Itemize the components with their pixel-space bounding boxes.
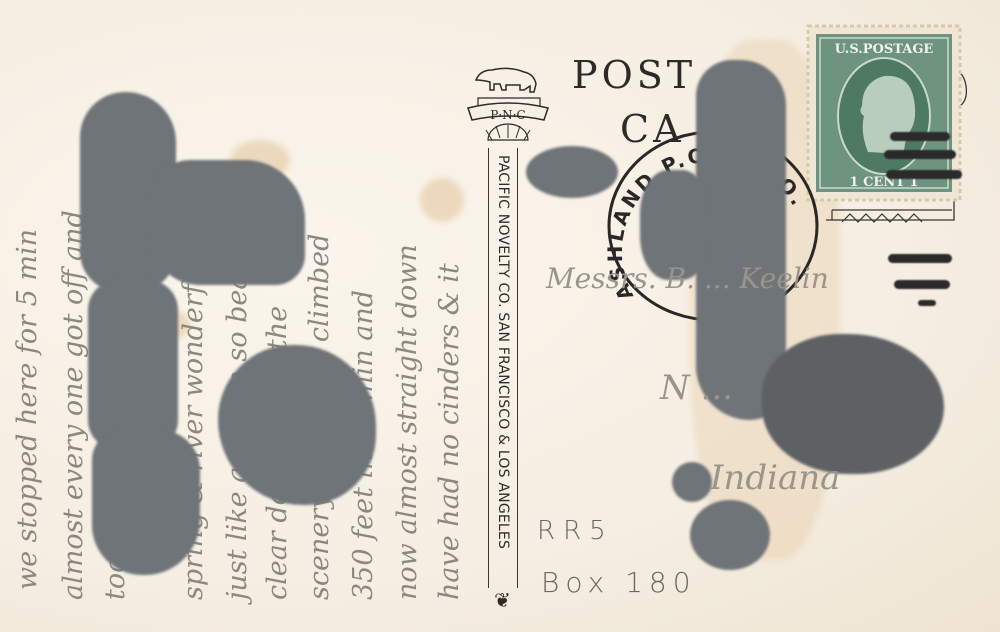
fleuron-icon: ❦ [494, 588, 511, 612]
box-note: Box 180 [541, 566, 697, 599]
stain [420, 178, 464, 222]
ink-blot [762, 334, 944, 474]
message-line: have had no cinders & it [434, 263, 465, 600]
address-line: Messrs. B. ... Keelin [546, 262, 829, 295]
heading-post: POST [572, 53, 696, 97]
address-line: N ... [660, 368, 733, 408]
ink-blot [672, 462, 712, 502]
message-line: now almost straight down [392, 244, 423, 600]
ink-blot [92, 430, 200, 575]
ink-blot [526, 146, 618, 198]
ink-blot [88, 280, 178, 450]
cancel-bar [890, 132, 950, 141]
cancel-bar [888, 254, 952, 263]
bear-icon: P·N·C [462, 58, 554, 150]
stamp-header: U.S.POSTAGE [835, 42, 934, 57]
postcard-back: we stopped here for 5 min almost every o… [0, 0, 1000, 632]
address-line: Indiana [710, 458, 840, 498]
cancel-bar [884, 150, 956, 159]
ink-blot [690, 500, 770, 570]
message-line: we stopped here for 5 min [12, 229, 43, 590]
cancel-bar [918, 300, 936, 306]
svg-text:P·N·C: P·N·C [490, 108, 525, 122]
route-note: RR5 [537, 516, 614, 546]
post-card-heading: POST CA [572, 56, 696, 94]
cancel-bar [894, 280, 950, 289]
publisher-text: PACIFIC NOVELTY CO. SAN FRANCISCO & LOS … [495, 155, 511, 549]
publisher-imprint: PACIFIC NOVELTY CO. SAN FRANCISCO & LOS … [493, 155, 513, 585]
cancel-bar [886, 170, 962, 179]
ink-blot [150, 160, 305, 285]
